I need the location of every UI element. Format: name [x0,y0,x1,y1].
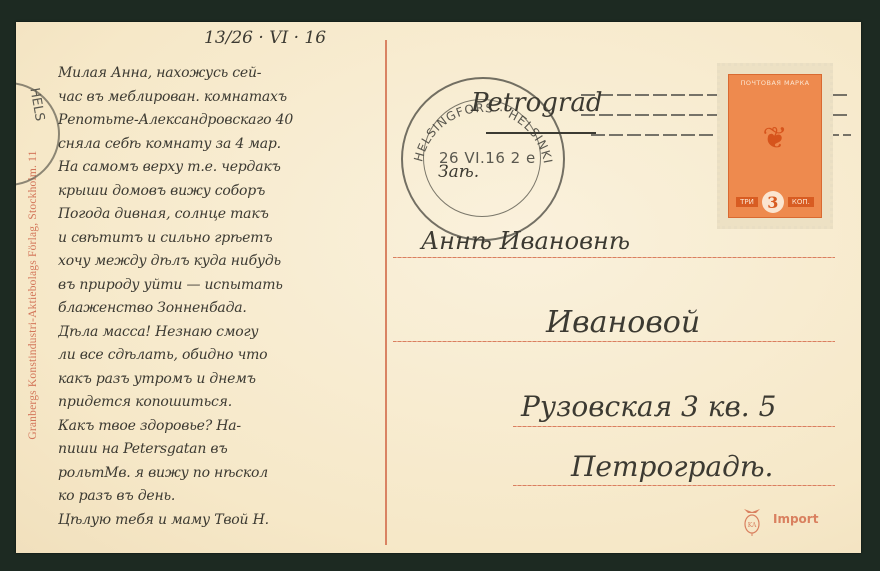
message-line: хочу между дѣлъ куда нибудь [58,250,383,274]
double-headed-eagle-icon: ❦ [762,124,787,154]
address-line-3: Рузовская 3 кв. 5 [521,390,776,423]
message-line: блаженство Зонненбада. [58,297,383,321]
stamp-top-text: ПОЧТОВАЯ МАРКА [740,79,809,87]
registration-mark: Заѣ. [438,162,479,182]
publisher-logo-icon: KA [743,505,761,537]
postage-stamp: ПОЧТОВАЯ МАРКА ❦ ТРИ 3 КОП. [717,63,833,229]
address-rule-1 [393,257,835,258]
message-line: ли все сдѣлать, обидно что [58,344,383,368]
message-line: Цѣлую тебя и маму Твой Н. [58,509,383,533]
import-label: Import [773,512,818,526]
message-line: Репотьте-Александровскаго 40 [58,109,383,133]
message-line: час въ меблирован. комнатахъ [58,86,383,110]
address-rule-2 [393,341,835,342]
stamp-face: ПОЧТОВАЯ МАРКА ❦ ТРИ 3 КОП. [728,74,822,218]
city-heading: Petrograd [471,88,602,118]
address-rule-3 [513,426,835,427]
message-line: крыши домовъ вижу соборъ [58,180,383,204]
stamp-value: ТРИ 3 КОП. [736,191,814,213]
stamp-value-word: ТРИ [736,197,758,207]
message-line: придется копошиться. [58,391,383,415]
message-line: Дѣла масса! Незнаю смогу [58,321,383,345]
message-line: Какъ твое здоровье? На- [58,415,383,439]
message-line: пиши на Petersgatan въ [58,438,383,462]
message-line: въ природу уйти — испытать [58,274,383,298]
message-line: и свѣтитъ и сильно грѣетъ [58,227,383,251]
heading-underline [486,132,596,134]
stamp-value-unit: КОП. [788,197,814,207]
message-line: сняла себѣ комнату за 4 мар. [58,133,383,157]
address-line-4: Петроградѣ. [571,450,773,483]
address-line-1: Аннѣ Ивановнѣ [421,227,630,255]
center-divider [385,40,387,545]
handwritten-message: Милая Анна, нахожусь сей- час въ меблиро… [58,62,383,532]
message-line: рольтМв. я вижу по нѣскол [58,462,383,486]
stamp-value-number: 3 [762,191,784,213]
message-line: Погода дивная, солнце такъ [58,203,383,227]
message-line: Милая Анна, нахожусь сей- [58,62,383,86]
message-date: 13/26 · VI · 16 [204,28,326,48]
address-rule-4 [513,485,835,486]
svg-text:KA: KA [748,522,757,529]
postcard: Granbergs Konstindustri-Aktiebolags Förl… [16,22,861,553]
message-line: ко разъ въ день. [58,485,383,509]
message-line: На самомъ верху т.е. чердакъ [58,156,383,180]
address-line-2: Ивановой [546,305,700,340]
message-line: какъ разъ утромъ и днемъ [58,368,383,392]
